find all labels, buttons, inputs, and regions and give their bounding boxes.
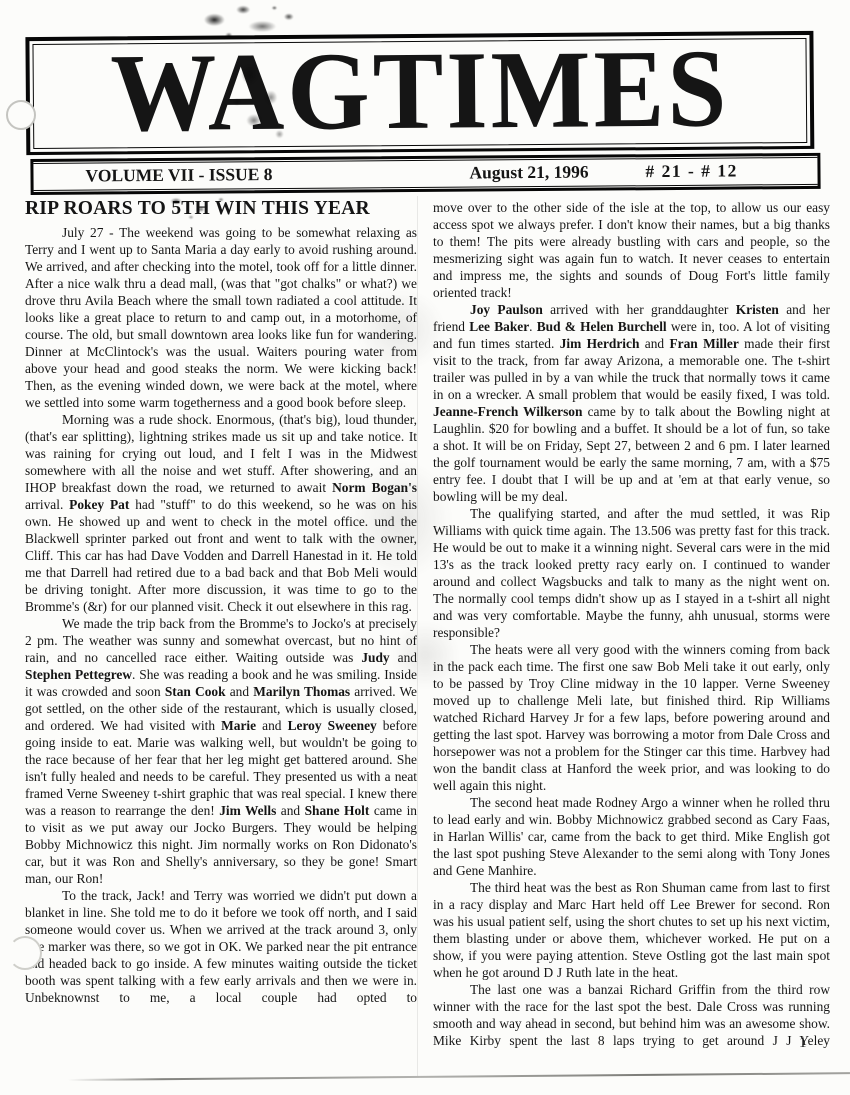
column-left-paragraphs: July 27 - The weekend was going to be so… <box>25 224 417 1006</box>
body-text: and <box>226 684 254 699</box>
article-column-right: move over to the other side of the isle … <box>433 199 830 1049</box>
bold-name-text: Leroy Sweeney <box>288 718 377 733</box>
body-text: arrived with her granddaughter <box>543 302 736 317</box>
body-text: had "stuff" to do this weekend, so he wa… <box>25 497 417 614</box>
bold-name-text: Jim Herdrich <box>560 336 640 351</box>
body-text: The last one was a banzai Richard Griffi… <box>433 982 830 1048</box>
body-text: arrival. <box>25 497 69 512</box>
bold-name-text: Kristen <box>736 302 779 317</box>
column-right-paragraphs: move over to the other side of the isle … <box>433 199 830 1049</box>
body-text: The third heat was the best as Ron Shuma… <box>433 880 830 980</box>
bold-name-text: Jeanne-French Wilkerson <box>433 404 582 419</box>
volume-issue-label: VOLUME VII - ISSUE 8 <box>85 164 272 186</box>
body-text: To the track, Jack! and Terry was worrie… <box>25 888 417 1005</box>
article-headline: RIP ROARS TO 5TH WIN THIS YEAR <box>25 197 417 220</box>
body-text: The second heat made Rodney Argo a winne… <box>433 795 830 878</box>
page-number: 1 <box>799 1035 807 1052</box>
body-text: and <box>256 718 287 733</box>
body-text: The heats were all very good with the wi… <box>433 642 830 793</box>
body-text: July 27 - The weekend was going to be so… <box>25 225 417 410</box>
body-text: . <box>529 319 537 334</box>
paragraph: To the track, Jack! and Terry was worrie… <box>25 887 417 1006</box>
page-bottom-crease <box>68 1072 850 1081</box>
newsletter-title: WAGTIMES <box>29 33 810 148</box>
masthead-box: WAGTIMES <box>25 31 814 155</box>
paragraph: Joy Paulson arrived with her granddaught… <box>433 301 830 505</box>
volume-bar: VOLUME VII - ISSUE 8 August 21, 1996 # 2… <box>30 153 820 195</box>
body-text: came by to talk about the Bowling night … <box>433 404 830 504</box>
bold-name-text: Stephen Pettegrew <box>25 667 132 682</box>
paragraph: We made the trip back from the Bromme's … <box>25 615 417 887</box>
body-text: and <box>639 336 669 351</box>
paragraph: The second heat made Rodney Argo a winne… <box>433 794 830 879</box>
issue-numbers-label: # 21 - # 12 <box>645 160 737 182</box>
paragraph: move over to the other side of the isle … <box>433 199 830 301</box>
bold-name-text: Pokey Pat <box>69 497 129 512</box>
bold-name-text: Lee Baker <box>469 319 529 334</box>
bold-name-text: Stan Cook <box>165 684 226 699</box>
paragraph: Morning was a rude shock. Enormous, (tha… <box>25 411 417 615</box>
bold-name-text: Judy <box>361 650 389 665</box>
body-text: move over to the other side of the isle … <box>433 200 830 300</box>
body-text: We made the trip back from the Bromme's … <box>25 616 417 665</box>
column-crease-line <box>417 196 418 1076</box>
bold-name-text: Marie <box>221 718 256 733</box>
paragraph: The heats were all very good with the wi… <box>433 641 830 794</box>
bold-name-text: Joy Paulson <box>470 302 543 317</box>
hole-punch-bottom <box>8 936 42 970</box>
bold-name-text: Bud & Helen Burchell <box>537 319 667 334</box>
paragraph: July 27 - The weekend was going to be so… <box>25 224 417 411</box>
body-text: and <box>390 650 417 665</box>
article-column-left: RIP ROARS TO 5TH WIN THIS YEAR July 27 -… <box>25 197 417 1006</box>
bold-name-text: Fran Miller <box>669 336 738 351</box>
date-label: August 21, 1996 <box>469 162 588 184</box>
newsletter-page: WAGTIMES VOLUME VII - ISSUE 8 August 21,… <box>0 0 850 1095</box>
paragraph: The qualifying started, and after the mu… <box>433 505 830 641</box>
hole-punch-top <box>6 100 36 130</box>
body-text: and <box>276 803 304 818</box>
bold-name-text: Norm Bogan's <box>332 480 417 495</box>
paragraph: The third heat was the best as Ron Shuma… <box>433 879 830 981</box>
bold-name-text: Jim Wells <box>219 803 276 818</box>
body-text: The qualifying started, and after the mu… <box>433 506 830 640</box>
masthead: WAGTIMES VOLUME VII - ISSUE 8 August 21,… <box>0 0 850 203</box>
bold-name-text: Shane Holt <box>305 803 370 818</box>
bold-name-text: Marilyn Thomas <box>253 684 350 699</box>
paragraph: The last one was a banzai Richard Griffi… <box>433 981 830 1049</box>
